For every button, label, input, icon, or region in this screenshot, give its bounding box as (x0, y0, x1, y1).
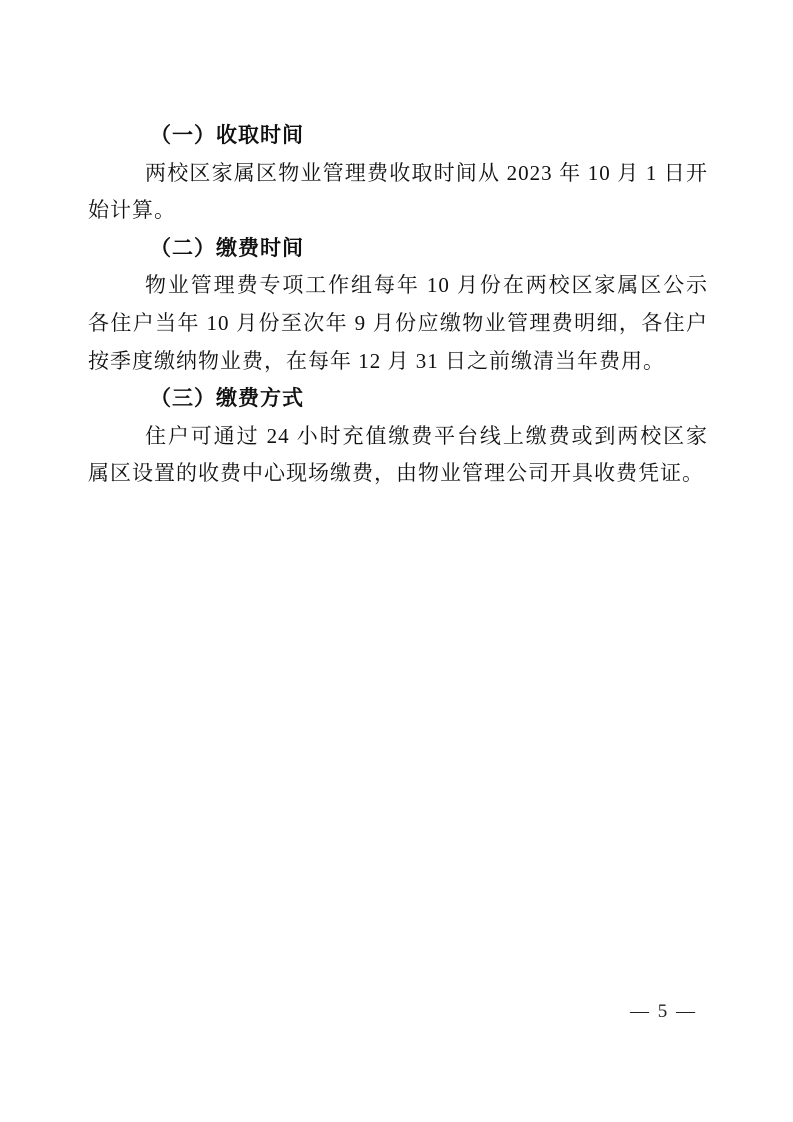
section-3-heading: （三）缴费方式 (88, 380, 708, 418)
section-2-body: 物业管理费专项工作组每年 10 月份在两校区家属区公示各住户当年 10 月份至次… (88, 267, 708, 380)
section-1-heading: （一）收取时间 (88, 117, 708, 155)
document-body: （一）收取时间 两校区家属区物业管理费收取时间从 2023 年 10 月 1 日… (88, 117, 708, 493)
page-number: — 5 — (630, 999, 697, 1025)
section-1-body: 两校区家属区物业管理费收取时间从 2023 年 10 月 1 日开始计算。 (88, 155, 708, 230)
document-page: （一）收取时间 两校区家属区物业管理费收取时间从 2023 年 10 月 1 日… (0, 0, 793, 1122)
section-3-body: 住户可通过 24 小时充值缴费平台线上缴费或到两校区家属区设置的收费中心现场缴费… (88, 418, 708, 493)
section-2-heading: （二）缴费时间 (88, 230, 708, 268)
